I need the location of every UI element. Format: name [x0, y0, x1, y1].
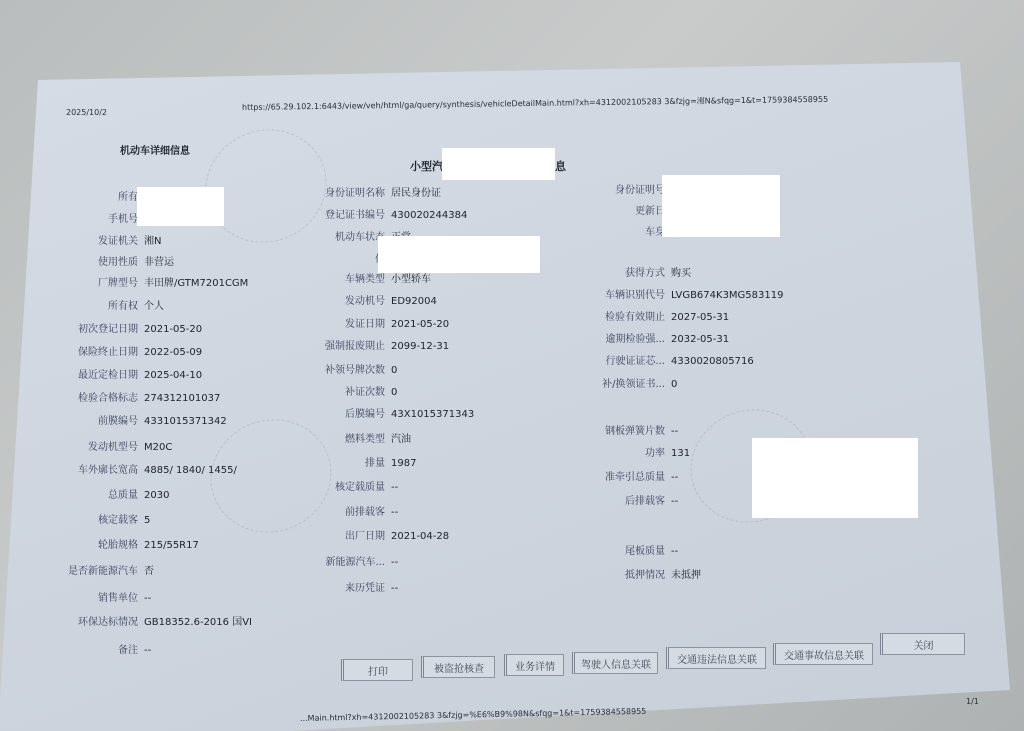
field-label: 车辆类型 — [311, 270, 385, 285]
field-label: 核定载质量 — [311, 478, 385, 493]
field-value: 汽油 — [391, 430, 411, 445]
field-label: 抵押情况 — [595, 566, 665, 581]
field-row: 车身 — [595, 223, 671, 238]
field-row: 车外廓长宽高4885/ 1840/ 1455/ — [38, 461, 237, 476]
redaction-box — [752, 438, 918, 518]
field-row: 来历凭证-- — [311, 579, 398, 594]
field-value: 2021-05-20 — [144, 324, 202, 335]
field-row: 补/换领证书...0 — [595, 375, 677, 390]
field-label: 环保达标情况 — [38, 613, 138, 628]
field-value: -- — [671, 472, 678, 483]
field-row: 检验合格标志274312101037 — [38, 389, 220, 404]
field-label: 机动车状态 — [311, 228, 385, 243]
field-row: 备注-- — [38, 641, 151, 656]
field-row: 手机号 — [38, 210, 144, 225]
field-row: 发动机号ED92004 — [311, 292, 437, 307]
field-row: 检验有效期止2027-05-31 — [595, 308, 729, 323]
field-label: 补证次数 — [311, 383, 385, 398]
field-label: 发证日期 — [311, 315, 385, 330]
field-row: 身份证明名称居民身份证 — [311, 184, 441, 199]
field-row: 车辆识别代号LVGB674K3MG583119 — [595, 286, 783, 301]
field-value: 非营运 — [144, 253, 174, 268]
field-label: 所有权 — [38, 297, 138, 312]
field-value: 4885/ 1840/ 1455/ — [144, 465, 237, 476]
field-row: 强制报废期止2099-12-31 — [311, 337, 449, 352]
field-label: 厂牌型号 — [38, 274, 138, 289]
field-row: 准牵引总质量-- — [595, 468, 678, 483]
field-value: 未抵押 — [671, 566, 701, 581]
field-row: 最近定检日期2025-04-10 — [38, 366, 202, 381]
field-row: 出厂日期2021-04-28 — [311, 527, 449, 542]
field-label: 所有 — [38, 188, 138, 203]
field-row: 是否新能源汽车否 — [38, 562, 154, 577]
field-label: 检验有效期止 — [595, 308, 665, 323]
action-button[interactable]: 打印 — [341, 659, 413, 681]
field-row: 发证机关湘N — [38, 232, 161, 247]
print-date: 2025/10/2 — [66, 108, 107, 117]
field-label: 手机号 — [38, 210, 138, 225]
redaction-box — [442, 148, 555, 180]
field-value: LVGB674K3MG583119 — [671, 290, 783, 301]
field-row: 补领号牌次数0 — [311, 361, 397, 376]
field-value: -- — [671, 496, 678, 507]
field-label: 检验合格标志 — [38, 389, 138, 404]
field-label: 车辆识别代号 — [595, 286, 665, 301]
field-value: -- — [391, 557, 398, 568]
field-label: 住 — [311, 250, 385, 265]
field-row: 更新日 — [595, 202, 671, 217]
field-row: 获得方式购买 — [595, 264, 691, 279]
field-value: -- — [391, 482, 398, 493]
field-value: 0 — [391, 387, 397, 398]
field-value: 1987 — [391, 458, 416, 469]
field-value: 0 — [671, 379, 677, 390]
field-label: 最近定检日期 — [38, 366, 138, 381]
field-value: 丰田牌/GTM7201CGM — [144, 274, 248, 289]
field-value: 2021-05-20 — [391, 319, 449, 330]
field-row: 逾期检验强...2032-05-31 — [595, 330, 729, 345]
field-row: 行驶证证芯...4330020805716 — [595, 352, 754, 367]
field-value: 2027-05-31 — [671, 312, 729, 323]
field-row: 销售单位-- — [38, 589, 151, 604]
field-label: 发动机号 — [311, 292, 385, 307]
field-value: -- — [144, 593, 151, 604]
field-value: -- — [671, 426, 678, 437]
field-row: 厂牌型号丰田牌/GTM7201CGM — [38, 274, 248, 289]
action-button[interactable]: 驾驶人信息关联 — [572, 652, 658, 674]
field-value: 2032-05-31 — [671, 334, 729, 345]
field-label: 后膜编号 — [311, 405, 385, 420]
field-label: 发动机型号 — [38, 438, 138, 453]
field-value: 购买 — [671, 264, 691, 279]
field-label: 核定载客 — [38, 511, 138, 526]
field-value: 0 — [391, 365, 397, 376]
action-button[interactable]: 业务详情 — [504, 654, 564, 676]
field-label: 尾板质量 — [595, 542, 665, 557]
field-label: 行驶证证芯... — [595, 352, 665, 367]
field-label: 出厂日期 — [311, 527, 385, 542]
field-row: 总质量2030 — [38, 486, 169, 501]
subtitle-suffix: 息 — [555, 160, 566, 173]
field-label: 备注 — [38, 641, 138, 656]
field-row: 后排载客-- — [595, 492, 678, 507]
field-label: 轮胎规格 — [38, 536, 138, 551]
field-label: 逾期检验强... — [595, 330, 665, 345]
field-label: 燃料类型 — [311, 430, 385, 445]
field-value: 430020244384 — [391, 210, 467, 221]
page-number: 1/1 — [966, 697, 979, 706]
field-label: 来历凭证 — [311, 579, 385, 594]
field-value: 2021-04-28 — [391, 531, 449, 542]
field-label: 后排载客 — [595, 492, 665, 507]
field-value: GB18352.6-2016 国VI — [144, 613, 252, 628]
field-label: 新能源汽车... — [311, 553, 385, 568]
field-value: -- — [671, 546, 678, 557]
field-row: 登记证书编号430020244384 — [311, 206, 467, 221]
field-value: 2030 — [144, 490, 169, 501]
field-label: 功率 — [595, 444, 665, 459]
action-button[interactable]: 交通违法信息关联 — [666, 647, 766, 669]
subtitle-prefix: 小型汽 — [410, 160, 443, 173]
page-title: 机动车详细信息 — [120, 142, 190, 157]
field-value: -- — [144, 645, 151, 656]
field-row: 功率131 — [595, 444, 690, 459]
action-button[interactable]: 被盗抢核查 — [421, 656, 495, 678]
field-row: 所有 — [38, 188, 144, 203]
field-label: 钢板弹簧片数 — [595, 422, 665, 437]
field-value: 2099-12-31 — [391, 341, 449, 352]
field-label: 补领号牌次数 — [311, 361, 385, 376]
field-value: 215/55R17 — [144, 540, 199, 551]
field-label: 身份证明名称 — [311, 184, 385, 199]
field-row: 抵押情况未抵押 — [595, 566, 701, 581]
field-value: 5 — [144, 515, 150, 526]
field-label: 总质量 — [38, 486, 138, 501]
action-button[interactable]: 关闭 — [880, 633, 965, 655]
field-value: 4330020805716 — [671, 356, 754, 367]
field-label: 强制报废期止 — [311, 337, 385, 352]
field-label: 前排载客 — [311, 503, 385, 518]
field-value: 湘N — [144, 232, 161, 247]
field-label: 初次登记日期 — [38, 320, 138, 335]
field-row: 初次登记日期2021-05-20 — [38, 320, 202, 335]
field-row: 前排载客-- — [311, 503, 398, 518]
field-row: 钢板弹簧片数-- — [595, 422, 678, 437]
field-row: 前膜编号4331015371342 — [38, 412, 227, 427]
field-label: 车外廓长宽高 — [38, 461, 138, 476]
field-row: 补证次数0 — [311, 383, 397, 398]
field-label: 获得方式 — [595, 264, 665, 279]
field-label: 前膜编号 — [38, 412, 138, 427]
redaction-box — [378, 236, 540, 273]
field-label: 销售单位 — [38, 589, 138, 604]
field-row: 燃料类型汽油 — [311, 430, 411, 445]
redaction-box — [662, 175, 780, 237]
field-value: 个人 — [144, 297, 164, 312]
redaction-box — [137, 187, 224, 226]
field-value: -- — [391, 507, 398, 518]
field-label: 车身 — [595, 223, 665, 238]
field-value: 4331015371342 — [144, 416, 227, 427]
field-row: 新能源汽车...-- — [311, 553, 398, 568]
field-row: 发动机型号M20C — [38, 438, 172, 453]
field-value: 2022-05-09 — [144, 347, 202, 358]
field-row: 身份证明号 — [595, 181, 671, 196]
field-row: 使用性质非营运 — [38, 253, 174, 268]
field-value: ED92004 — [391, 296, 437, 307]
field-label: 登记证书编号 — [311, 206, 385, 221]
field-row: 环保达标情况GB18352.6-2016 国VI — [38, 613, 252, 628]
field-value: -- — [391, 583, 398, 594]
field-row: 轮胎规格215/55R17 — [38, 536, 199, 551]
field-label: 保险终止日期 — [38, 343, 138, 358]
field-label: 更新日 — [595, 202, 665, 217]
field-value: 否 — [144, 562, 154, 577]
field-row: 核定载质量-- — [311, 478, 398, 493]
field-row: 尾板质量-- — [595, 542, 678, 557]
field-value: 居民身份证 — [391, 184, 441, 199]
field-value: M20C — [144, 442, 172, 453]
field-label: 补/换领证书... — [595, 375, 665, 390]
field-row: 排量1987 — [311, 454, 416, 469]
field-row: 所有权个人 — [38, 297, 164, 312]
action-button[interactable]: 交通事故信息关联 — [773, 643, 873, 665]
field-value: 131 — [671, 448, 690, 459]
field-label: 发证机关 — [38, 232, 138, 247]
field-label: 身份证明号 — [595, 181, 665, 196]
field-row: 保险终止日期2022-05-09 — [38, 343, 202, 358]
field-label: 排量 — [311, 454, 385, 469]
field-label: 是否新能源汽车 — [38, 562, 138, 577]
field-row: 核定载客5 — [38, 511, 150, 526]
field-row: 后膜编号43X1015371343 — [311, 405, 474, 420]
field-label: 准牵引总质量 — [595, 468, 665, 483]
field-value: 274312101037 — [144, 393, 220, 404]
field-row: 发证日期2021-05-20 — [311, 315, 449, 330]
field-value: 43X1015371343 — [391, 409, 474, 420]
field-value: 2025-04-10 — [144, 370, 202, 381]
field-label: 使用性质 — [38, 253, 138, 268]
